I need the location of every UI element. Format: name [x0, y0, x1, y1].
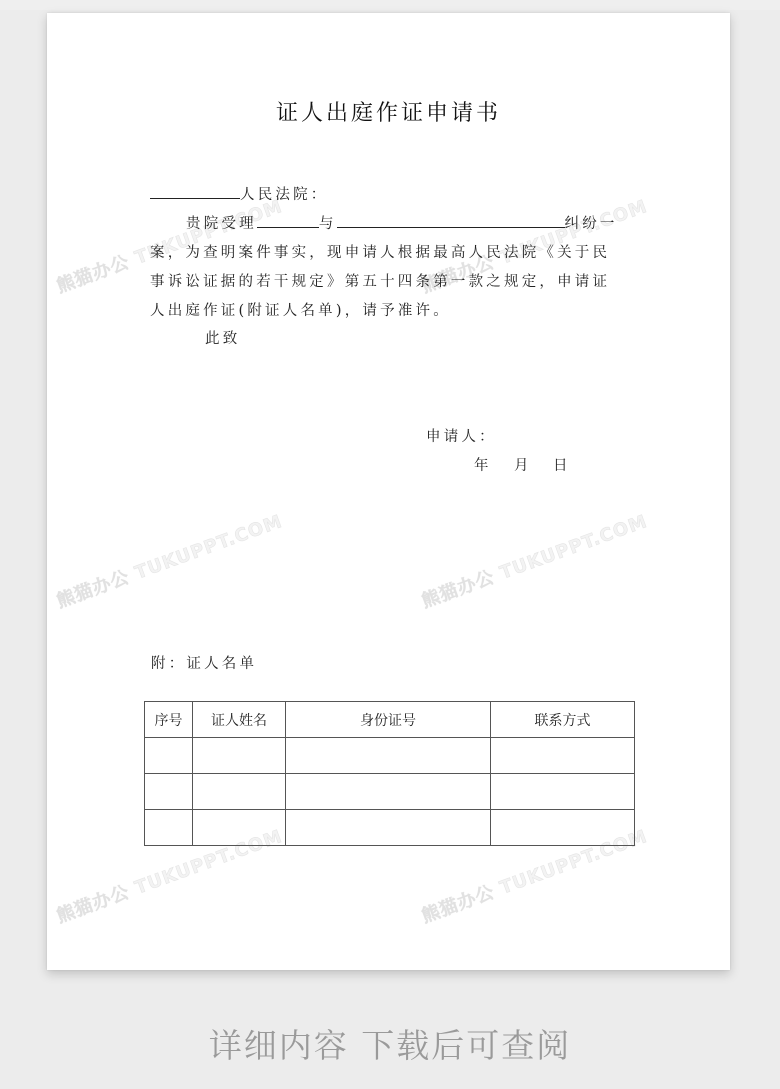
header-index: 序号	[145, 702, 193, 738]
cell-index[interactable]	[145, 774, 193, 810]
cell-witness-name[interactable]	[193, 738, 286, 774]
cell-index[interactable]	[145, 738, 193, 774]
case-number-blank	[257, 213, 319, 228]
paragraph-line-3: 事诉讼证据的若干规定》第五十四条第一款之规定，申请证	[150, 270, 610, 291]
table-row	[145, 738, 635, 774]
table-row	[145, 774, 635, 810]
cell-witness-name[interactable]	[193, 774, 286, 810]
paragraph-line-4: 人出庭作证(附证人名单)，请予准许。	[150, 299, 451, 320]
header-contact: 联系方式	[491, 702, 635, 738]
header-witness-name: 证人姓名	[193, 702, 286, 738]
cell-id-number[interactable]	[286, 738, 491, 774]
cell-id-number[interactable]	[286, 810, 491, 846]
cell-index[interactable]	[145, 810, 193, 846]
applicant-label: 申请人：	[426, 425, 497, 446]
header-id-number: 身份证号	[286, 702, 491, 738]
parties-blank	[337, 213, 565, 228]
table-header-row: 序号 证人姓名 身份证号 联系方式	[145, 702, 635, 738]
date-year-label: 年	[474, 454, 492, 475]
addressee-line: 人民法院：	[150, 183, 329, 204]
cell-contact[interactable]	[491, 774, 635, 810]
paragraph-line-1: 贵院受理与纠纷一	[186, 212, 618, 233]
document-page: 熊猫办公 TUKUPPT.COM 熊猫办公 TUKUPPT.COM 熊猫办公 T…	[47, 13, 730, 970]
date-month-label: 月	[514, 454, 532, 475]
watermark: 熊猫办公 TUKUPPT.COM	[53, 507, 286, 613]
document-title: 证人出庭作证申请书	[47, 96, 730, 127]
table-row	[145, 810, 635, 846]
addressee-suffix: 人民法院：	[240, 187, 329, 203]
top-background-strip	[0, 0, 780, 10]
cell-contact[interactable]	[491, 738, 635, 774]
date-day-label: 日	[553, 454, 571, 475]
closing-text: 此致	[205, 327, 240, 348]
para-suffix: 纠纷一	[565, 216, 618, 232]
witness-table: 序号 证人姓名 身份证号 联系方式	[144, 701, 635, 846]
download-caption: 详细内容 下载后可查阅	[0, 1020, 780, 1067]
attachment-label: 附：证人名单	[151, 652, 257, 673]
paragraph-line-2: 案，为查明案件事实，现申请人根据最高人民法院《关于民	[150, 241, 610, 262]
cell-witness-name[interactable]	[193, 810, 286, 846]
watermark: 熊猫办公 TUKUPPT.COM	[418, 507, 651, 613]
para-middle: 与	[319, 216, 337, 232]
cell-id-number[interactable]	[286, 774, 491, 810]
para-prefix: 贵院受理	[186, 216, 257, 232]
court-name-blank	[150, 184, 240, 199]
cell-contact[interactable]	[491, 810, 635, 846]
